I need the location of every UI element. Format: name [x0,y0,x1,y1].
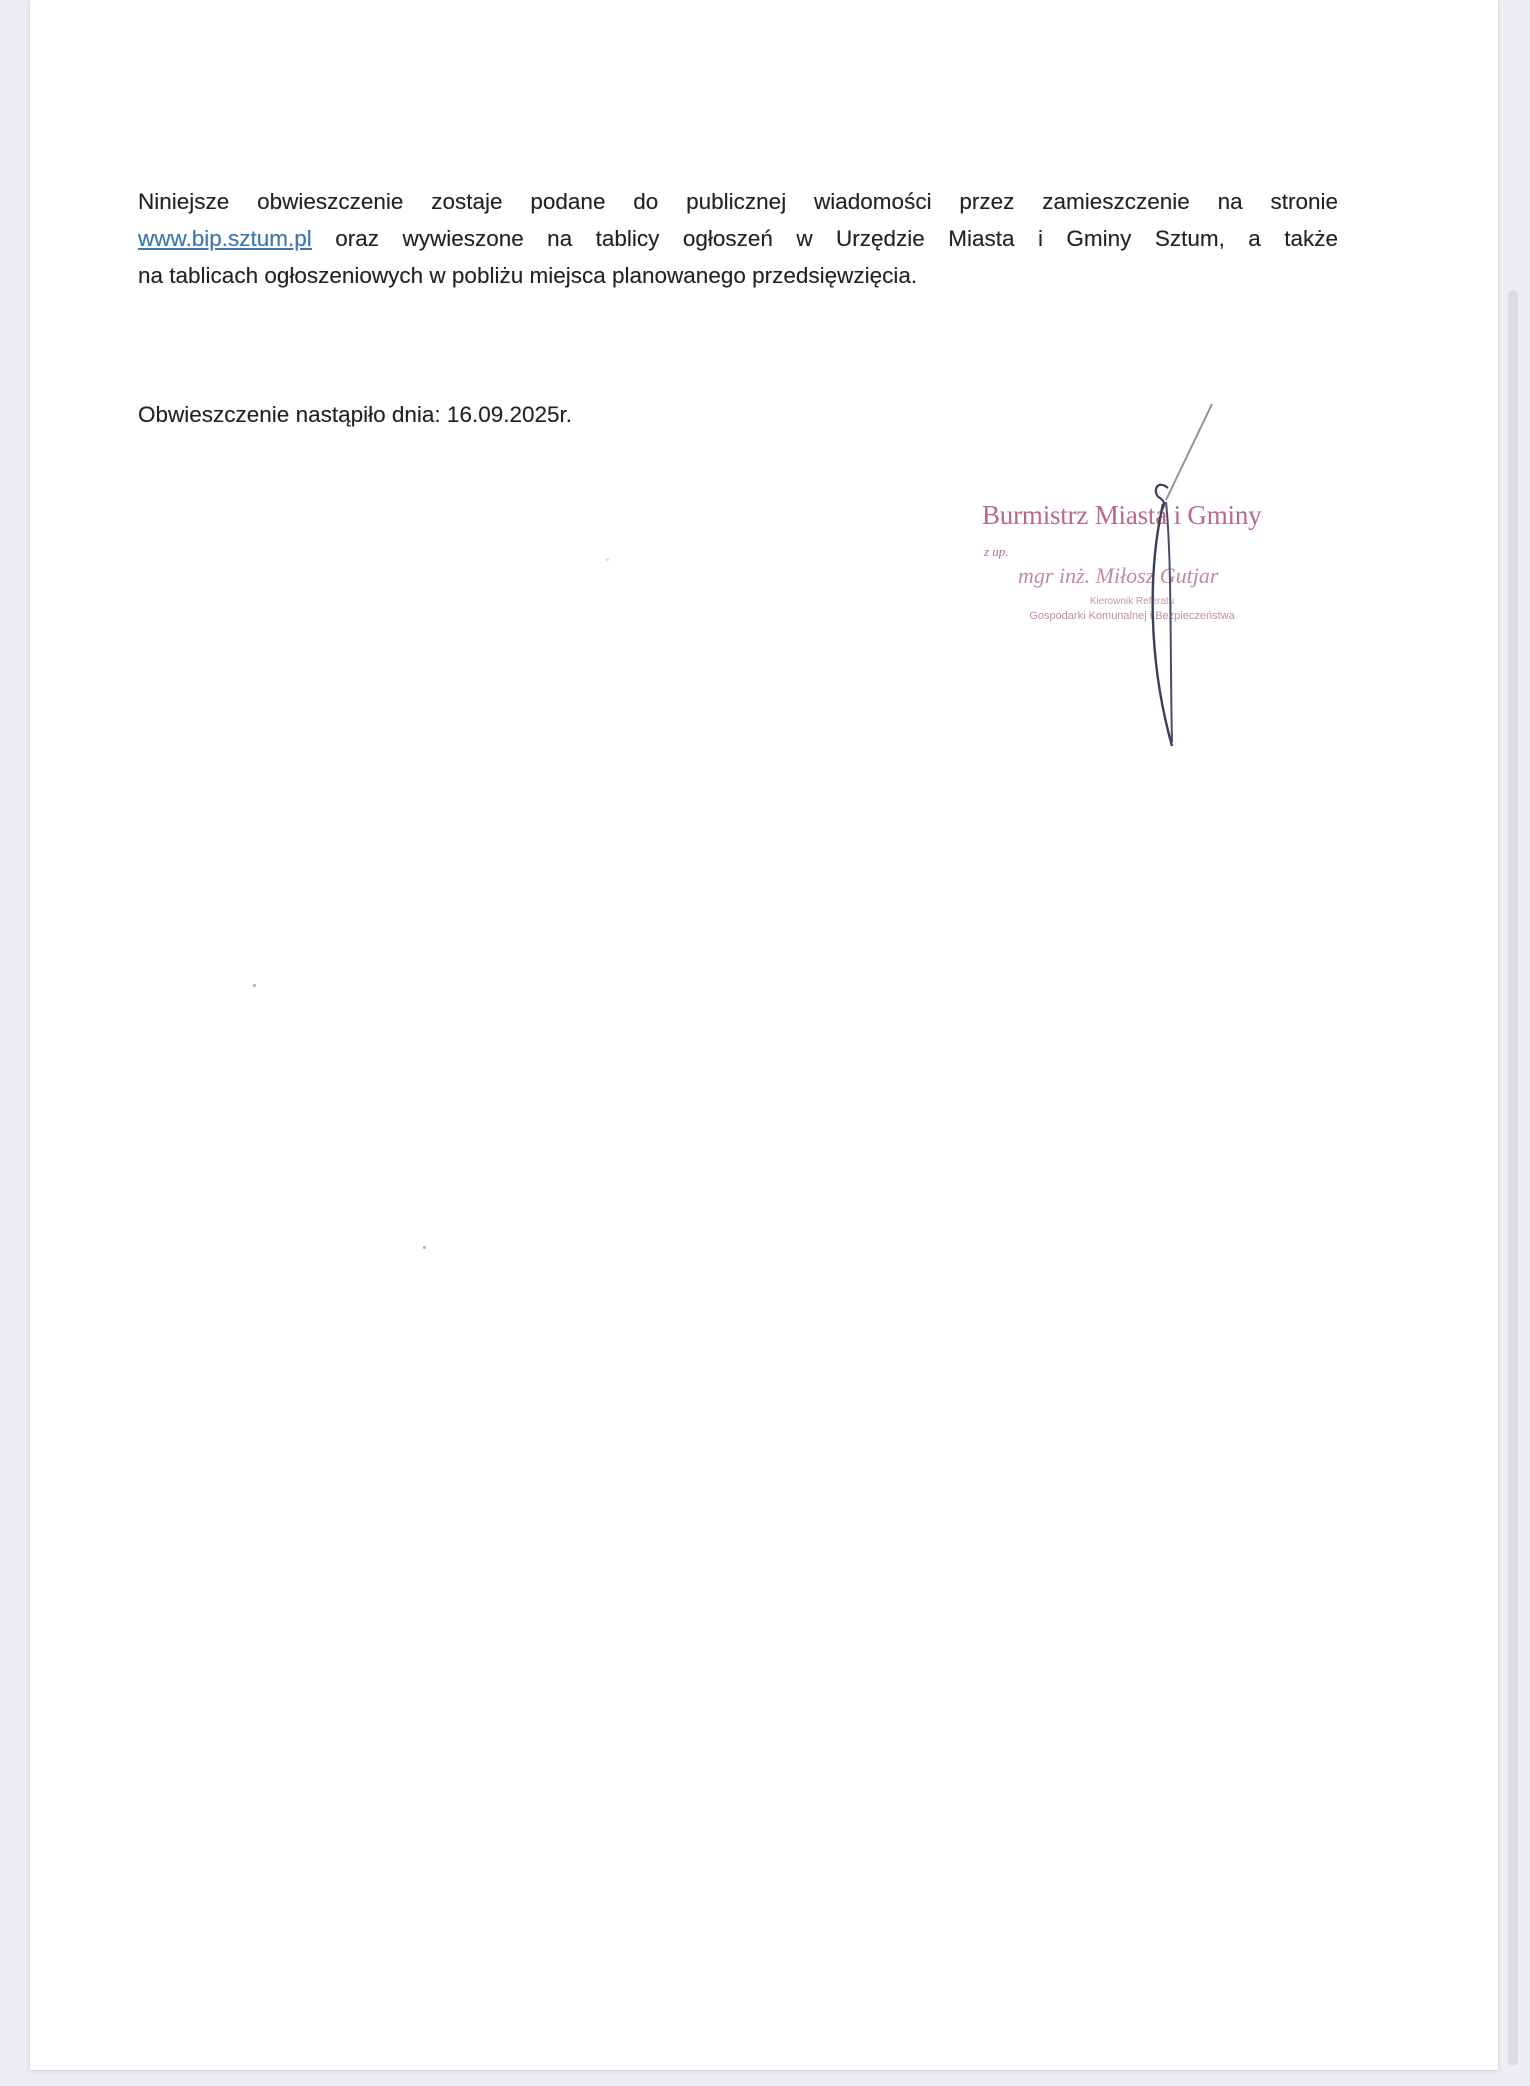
stamp-role-line-2: Gospodarki Komunalnej i Bezpieczeństwa [982,610,1282,622]
scan-speck [253,984,256,987]
paragraph-line-2-text: oraz wywieszone na tablicy ogłoszeń w Ur… [312,226,1338,251]
paragraph-line-3: na tablicach ogłoszeniowych w pobliżu mi… [138,257,1338,294]
document-page [30,0,1498,2070]
stamp-signatory-name: mgr inż. Miłosz Gutjar [1018,563,1218,589]
paragraph-line-2: www.bip.sztum.pl oraz wywieszone na tabl… [138,220,1338,257]
scan-speck [423,1246,426,1249]
stamp-role-line-1: Kierownik Referatu [982,596,1282,607]
scrollbar-thumb[interactable] [1508,290,1518,2066]
scan-speck [606,558,609,561]
announcement-paragraph: Niniejsze obwieszczenie zostaje podane d… [138,183,1338,294]
paragraph-line-1: Niniejsze obwieszczenie zostaje podane d… [138,183,1338,220]
announcement-date: Obwieszczenie nastąpiło dnia: 16.09.2025… [138,402,572,428]
stamp-on-behalf: z up. [984,544,1009,560]
stamp-title: Burmistrz Miasta i Gminy [982,500,1261,531]
bip-link[interactable]: www.bip.sztum.pl [138,226,312,251]
